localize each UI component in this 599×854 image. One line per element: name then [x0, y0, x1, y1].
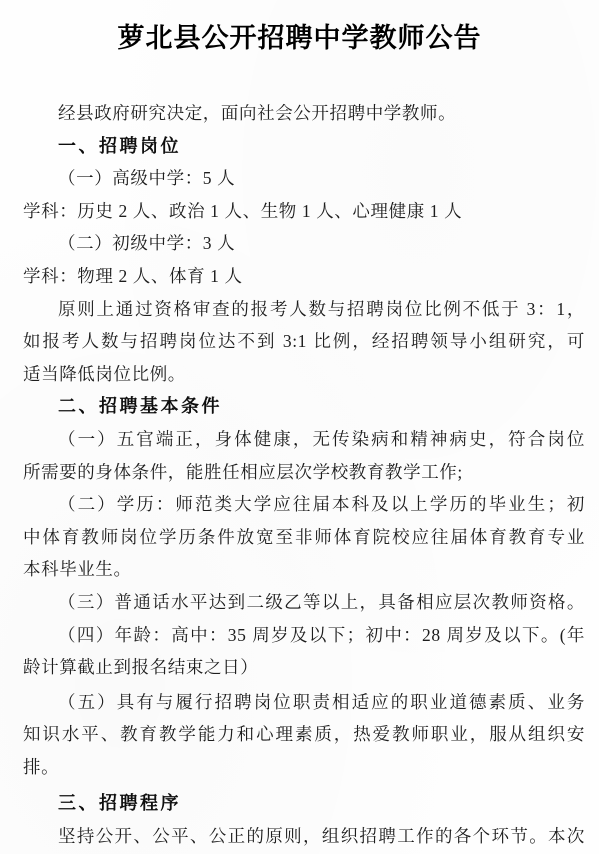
procedure-paragraph-line-1: 坚持公开、公平、公正的原则，组织招聘工作的各个环节。本次	[23, 820, 585, 853]
condition-1-line-2: 所需要的身体条件，能胜任相应层次学校教育教学工作;	[23, 456, 585, 489]
section-heading-basic-conditions: 二、招聘基本条件	[23, 390, 585, 423]
intro-paragraph: 经县政府研究决定，面向社会公开招聘中学教师。	[23, 97, 585, 130]
condition-3-line: （三）普通话水平达到二级乙等以上，具备相应层次教师资格。	[23, 586, 585, 619]
section-heading-recruit-posts: 一、招聘岗位	[23, 130, 585, 163]
subjects-junior-school-line: 学科：物理 2 人、体育 1 人	[23, 260, 585, 293]
document-title: 萝北县公开招聘中学教师公告	[23, 18, 585, 58]
subjects-high-school-line: 学科：历史 2 人、政治 1 人、生物 1 人、心理健康 1 人	[23, 195, 585, 228]
ratio-paragraph-line-3: 适当降低岗位比例。	[23, 358, 585, 391]
condition-2-line-3: 本科毕业生。	[23, 553, 585, 586]
post-high-school-line: （一）高级中学：5 人	[23, 162, 585, 195]
condition-5-line-3: 排。	[23, 751, 585, 784]
ratio-paragraph-line-1: 原则上通过资格审查的报考人数与招聘岗位比例不低于 3：1，	[23, 293, 585, 326]
post-junior-school-line: （二）初级中学：3 人	[23, 227, 585, 260]
ratio-paragraph-line-2: 如报考人数与招聘岗位达不到 3:1 比例，经招聘领导小组研究，可	[23, 325, 585, 358]
condition-5-line-1: （五）具有与履行招聘岗位职责相适应的职业道德素质、业务	[23, 686, 585, 719]
document-page: 萝北县公开招聘中学教师公告 经县政府研究决定，面向社会公开招聘中学教师。 一、招…	[0, 0, 599, 854]
condition-4-line-2: 龄计算截止到报名结束之日）	[23, 651, 585, 684]
document-body: 经县政府研究决定，面向社会公开招聘中学教师。 一、招聘岗位 （一）高级中学：5 …	[23, 97, 585, 853]
section-heading-procedure: 三、招聘程序	[23, 787, 585, 820]
condition-2-line-2: 中体育教师岗位学历条件放宽至非师体育院校应往届体育教育专业	[23, 521, 585, 554]
condition-2-line-1: （二）学历：师范类大学应往届本科及以上学历的毕业生；初	[23, 488, 585, 521]
condition-5-line-2: 知识水平、教育教学能力和心理素质，热爱教师职业，服从组织安	[23, 718, 585, 751]
condition-1-line-1: （一）五官端正，身体健康，无传染病和精神病史，符合岗位	[23, 423, 585, 456]
condition-4-line-1: （四）年龄：高中：35 周岁及以下；初中：28 周岁及以下。(年	[23, 619, 585, 652]
